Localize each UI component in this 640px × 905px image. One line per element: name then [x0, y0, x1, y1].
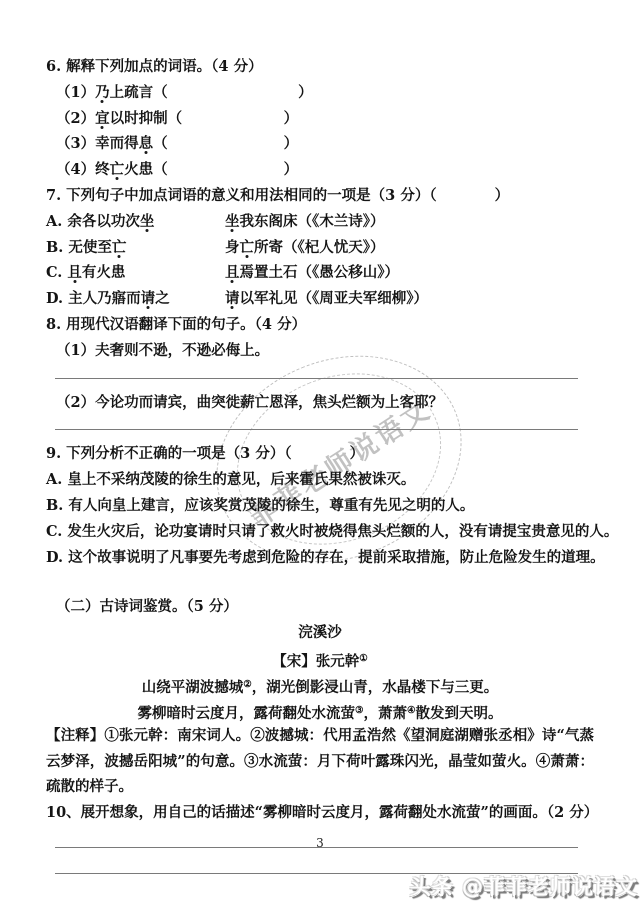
q7-option-b-right: 身亡所寄（《杞人忧天》）	[225, 235, 385, 261]
q7-option-d-left: D. 主人乃寤而请之	[46, 286, 225, 312]
section2-heading: （二）古诗词鉴赏。（5 分）	[46, 594, 594, 620]
poem-notes: 【注释】①张元幹：南宋词人。②波撼城：代用孟浩然《望洞庭湖赠张丞相》诗“气蒸云梦…	[46, 723, 594, 799]
q9-title: 9. 下列分析不正确的一项是（3 分）（ ）	[46, 441, 594, 467]
q6-item-3: （3）幸而得息（ ）	[46, 131, 594, 157]
poem-author: 【宋】张元幹①	[46, 646, 594, 672]
q6-item-4: （4）终亡火患（ ）	[46, 157, 594, 183]
q6-item-1: （1）乃上疏言（ ）	[46, 80, 594, 106]
q7-option-b-left: B. 无使至亡	[46, 235, 225, 261]
q7-option-c: C. 且有火患 且焉置土石（《愚公移山》）	[46, 260, 594, 286]
poem-line-2: 雾柳暗时云度月，露荷翻处水流萤③，萧萧④散发到天明。	[46, 698, 594, 724]
q8-answer-line-1	[46, 364, 594, 390]
q8-answer-line-2	[46, 415, 594, 441]
poem-line-1: 山绕平湖波撼城②，湖光倒影浸山青，水晶楼下与三更。	[46, 672, 594, 698]
q6-title: 6. 解释下列加点的词语。（4 分）	[46, 54, 594, 80]
q7-option-a-left: A. 余各以功次坐	[46, 209, 225, 235]
q7-option-d: D. 主人乃寤而请之 请以军礼见（《周亚夫军细柳》）	[46, 286, 594, 312]
answer-rule	[55, 364, 578, 379]
exam-paper-page: 菲菲老师说语文 6. 解释下列加点的词语。（4 分） （1）乃上疏言（ ） （2…	[0, 0, 640, 905]
q9-option-c: C. 发生火灾后，论功宴请时只请了救火时被烧得焦头烂额的人，没有请提宝贵意见的人…	[46, 519, 594, 545]
spacer	[46, 570, 594, 594]
page-number: 3	[0, 836, 640, 850]
q9-option-d: D. 这个故事说明了凡事要先考虑到危险的存在，提前采取措施，防止危险发生的道理。	[46, 545, 594, 571]
q9-option-b: B. 有人向皇上建言，应该奖赏茂陵的徐生，尊重有先见之明的人。	[46, 493, 594, 519]
q9-option-a: A. 皇上不采纳茂陵的徐生的意见，后来霍氏果然被诛灭。	[46, 467, 594, 493]
q7-option-a-right: 坐我东阁床（《木兰诗》）	[225, 209, 385, 235]
q10-title: 10、展开想象，用自己的话描述“雾柳暗时云度月，露荷翻处水流萤”的画面。（2 分…	[46, 800, 594, 826]
spacer	[46, 825, 594, 833]
q7-option-c-right: 且焉置土石（《愚公移山》）	[225, 260, 399, 286]
q7-option-a: A. 余各以功次坐 坐我东阁床（《木兰诗》）	[46, 209, 594, 235]
q8-item-1: （1）夫奢则不逊，不逊必侮上。	[46, 338, 594, 364]
footer-watermark: 头条 @菲菲老师说语文	[410, 871, 638, 901]
q6-item-2: （2）宜以时抑制（ ）	[46, 106, 594, 132]
q8-title: 8. 用现代汉语翻译下面的句子。（4 分）	[46, 312, 594, 338]
q7-option-d-right: 请以军礼见（《周亚夫军细柳》）	[225, 286, 428, 312]
exam-content: 6. 解释下列加点的词语。（4 分） （1）乃上疏言（ ） （2）宜以时抑制（ …	[46, 54, 594, 885]
q7-title: 7. 下列句子中加点词语的意义和用法相同的一项是（3 分）（ ）	[46, 183, 594, 209]
q7-option-c-left: C. 且有火患	[46, 260, 225, 286]
q8-item-2: （2）今论功而请宾，曲突徙薪亡恩泽，焦头烂额为上客耶？	[46, 390, 594, 416]
poem-title: 浣溪沙	[46, 620, 594, 646]
q7-option-b: B. 无使至亡 身亡所寄（《杞人忧天》）	[46, 235, 594, 261]
answer-rule	[55, 415, 578, 430]
